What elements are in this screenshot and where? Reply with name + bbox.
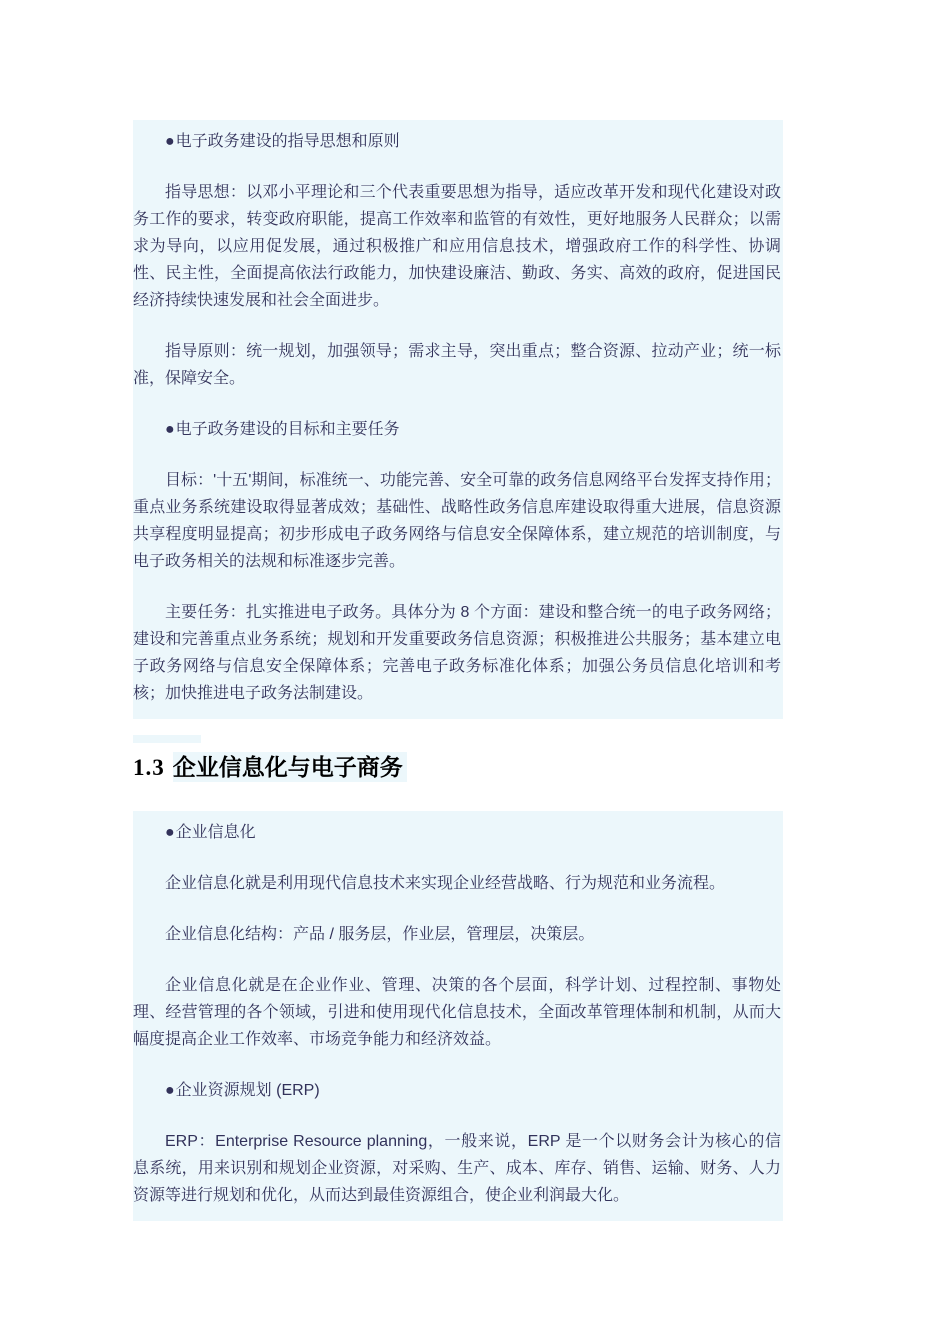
paragraph-erp-definition: ERP：Enterprise Resource planning，一般来说，ER…	[133, 1128, 783, 1209]
bullet-heading-text: 企业信息化	[176, 824, 256, 841]
bullet-heading-text: 电子政务建设的指导思想和原则	[176, 133, 400, 150]
section-egov-guidelines: ●电子政务建设的指导思想和原则 指导思想：以邓小平理论和三个代表重要思想为指导，…	[133, 120, 783, 719]
paragraph-goals: 目标：'十五'期间，标准统一、功能完善、安全可靠的政务信息网络平台发挥支持作用；…	[133, 467, 783, 575]
bullet-heading-egov-goals: ●电子政务建设的目标和主要任务	[133, 416, 783, 443]
paragraph-enterprise-info-structure: 企业信息化结构：产品 / 服务层，作业层，管理层，决策层。	[133, 921, 783, 948]
document-page: ●电子政务建设的指导思想和原则 指导思想：以邓小平理论和三个代表重要思想为指导，…	[0, 120, 950, 1221]
bullet-icon: ●	[165, 133, 175, 150]
paragraph-main-tasks: 主要任务：扎实推进电子政务。具体分为 8 个方面：建设和整合统一的电子政务网络；…	[133, 599, 783, 707]
heading-number: 1.3	[133, 755, 165, 780]
paragraph-guiding-ideology: 指导思想：以邓小平理论和三个代表重要思想为指导，适应改革开发和现代化建设对政务工…	[133, 179, 783, 314]
bullet-heading-enterprise-info: ●企业信息化	[133, 819, 783, 846]
heading-title: 企业信息化与电子商务	[173, 752, 407, 782]
bullet-heading-text: 企业资源规划 (ERP)	[176, 1082, 320, 1099]
bullet-heading-egov-principles: ●电子政务建设的指导思想和原则	[133, 128, 783, 155]
paragraph-enterprise-info-detail: 企业信息化就是在企业作业、管理、决策的各个层面，科学计划、过程控制、事物处理、经…	[133, 972, 783, 1053]
bullet-icon: ●	[165, 421, 175, 438]
bullet-icon: ●	[165, 824, 175, 841]
section-heading-1-3: 1.3企业信息化与电子商务	[133, 750, 950, 785]
bullet-heading-text: 电子政务建设的目标和主要任务	[176, 421, 400, 438]
paragraph-guiding-principles: 指导原则：统一规划，加强领导；需求主导，突出重点；整合资源、拉动产业；统一标准，…	[133, 338, 783, 392]
highlight-strip	[133, 735, 201, 743]
bullet-icon: ●	[165, 1082, 175, 1099]
section-enterprise-informatization: ●企业信息化 企业信息化就是利用现代信息技术来实现企业经营战略、行为规范和业务流…	[133, 811, 783, 1221]
paragraph-enterprise-info-definition: 企业信息化就是利用现代信息技术来实现企业经营战略、行为规范和业务流程。	[133, 870, 783, 897]
bullet-heading-erp: ●企业资源规划 (ERP)	[133, 1077, 783, 1104]
